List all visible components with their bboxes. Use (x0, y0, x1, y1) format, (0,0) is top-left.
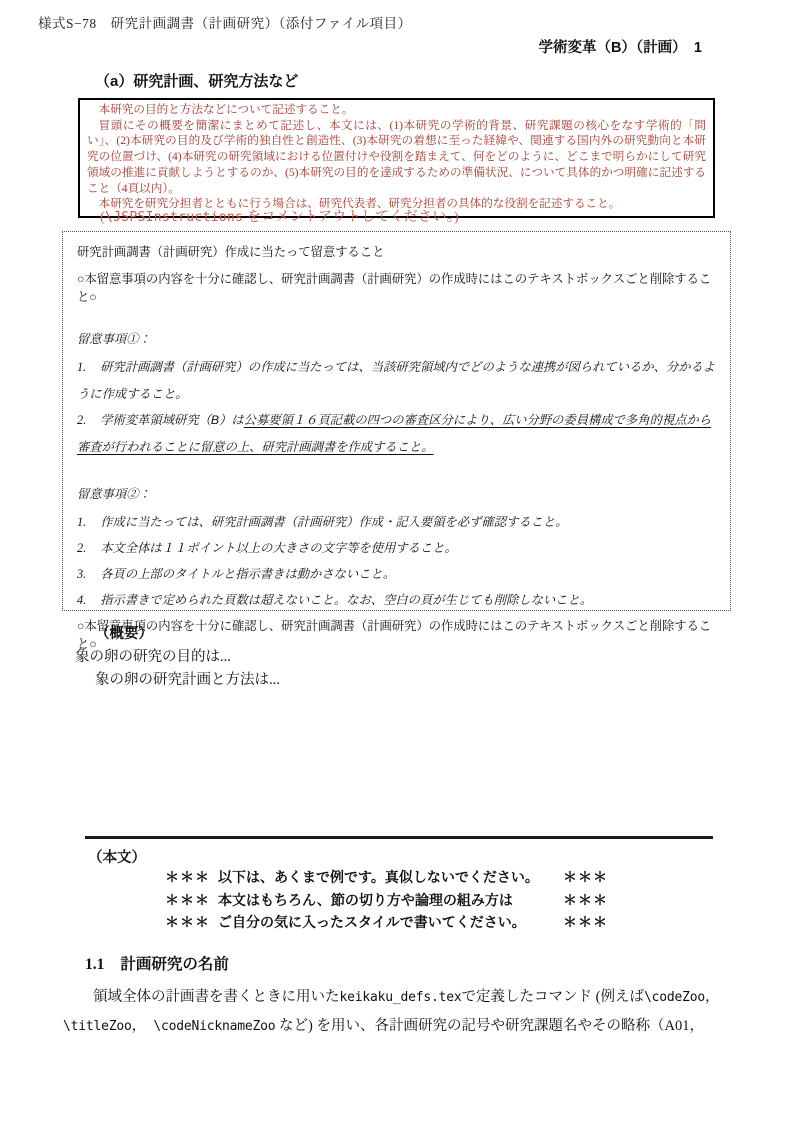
notes-group1-item1: 1.研究計画調書（計画研究）の作成に当たっては、当該研究領域内でどのような連携が… (77, 354, 716, 407)
body-paragraph: 領域全体の計画書を書くときに用いたkeikaku_defs.texで定義したコマ… (63, 983, 715, 1041)
notes-group1-label: 留意事項①： (77, 329, 716, 347)
notes-group2-item: 1.作成に当たっては、研究計画調書（計画研究）作成・記入要領を必ず確認すること。 (77, 509, 716, 535)
section-a-heading: （a）研究計画、研究方法など (95, 70, 298, 91)
latex-filename: keikaku_defs.tex (340, 990, 462, 1005)
latex-command: \codeNicknameZoo (153, 1019, 275, 1034)
instruction-paragraph: 本研究の目的と方法などについて記述すること。 (87, 102, 706, 118)
notes-group2-item: 2.本文全体は１１ポイント以上の大きさの文字等を使用すること。 (77, 535, 716, 561)
item-text: 本文全体は１１ポイント以上の大きさの文字等を使用すること。 (100, 541, 457, 555)
horizontal-rule (85, 836, 713, 839)
instruction-box: 本研究の目的と方法などについて記述すること。 冒頭にその概要を簡潔にまとめて記述… (78, 98, 715, 218)
notes-group2-label: 留意事項②： (77, 484, 716, 502)
body-text: 領域全体の計画書を書くときに用いた (93, 989, 340, 1005)
body-text: で定義したコマンド (例えば (462, 989, 644, 1005)
body-text: など) を用い、各計画研究の記号や研究課題名やその略称（A01， (275, 1018, 704, 1034)
subsection-number: 1.1 (85, 956, 120, 973)
body-text: ， (132, 1018, 154, 1034)
body-text: ， (705, 989, 720, 1005)
item-text: 研究計画調書（計画研究）の作成に当たっては、当該研究領域内でどのような連携が図ら… (77, 360, 715, 401)
subsection-title: 計画研究の名前 (120, 956, 229, 973)
item-number: 2. (77, 413, 100, 427)
subsection-heading: 1.1計画研究の名前 (85, 952, 229, 974)
item-number: 4. (77, 593, 100, 607)
directive-text: をコメントアウトしてください。) (243, 210, 459, 225)
item-number: 3. (77, 567, 100, 581)
stars-right: ＊＊＊ (563, 912, 616, 932)
notes-title: 研究計画調書（計画研究）作成に当たって留意すること (77, 242, 716, 260)
disclaimer-text: ご自分の気に入ったスタイルで書いてください。 (218, 912, 563, 932)
latex-command: \codeZoo (644, 990, 705, 1005)
disclaimer-row: ＊＊＊ ご自分の気に入ったスタイルで書いてください。 ＊＊＊ (165, 912, 616, 935)
disclaimer-row: ＊＊＊ 本文はもちろん、節の切り方や論理の組み方は ＊＊＊ (165, 890, 616, 913)
disclaimer-text: 本文はもちろん、節の切り方や論理の組み方は (218, 890, 563, 910)
body-line: 領域全体の計画書を書くときに用いたkeikaku_defs.texで定義したコマ… (63, 983, 715, 1012)
disclaimer-text: 以下は、あくまで例です。真似しないでください。 (218, 867, 563, 887)
item-text: 指示書きで定められた頁数は超えないこと。なお、空白の頁が生じても削除しないこと。 (100, 593, 592, 607)
notes-group2-item: 3.各頁の上部のタイトルと指示書きは動かさないこと。 (77, 561, 716, 587)
notes-group2-item: 4.指示書きで定められた頁数は超えないこと。なお、空白の頁が生じても削除しないこ… (77, 587, 716, 613)
document-page: 様式S−78 研究計画調書（計画研究）（添付ファイル項目） 学術変革（B）（計画… (0, 0, 794, 1123)
disclaimer-row: ＊＊＊ 以下は、あくまで例です。真似しないでください。 ＊＊＊ (165, 867, 616, 890)
item-text: 各頁の上部のタイトルと指示書きは動かさないこと。 (100, 567, 395, 581)
item-text: 作成に当たっては、研究計画調書（計画研究）作成・記入要領を必ず確認すること。 (100, 515, 567, 529)
item-number: 1. (77, 515, 100, 529)
stars-right: ＊＊＊ (563, 890, 616, 910)
page-header-right: 学術変革（B）（計画） 1 (538, 36, 702, 57)
body-line: \titleZoo， \codeNicknameZoo など) を用い、各計画研… (63, 1012, 715, 1041)
summary-line: 象の卵の研究の目的は... (75, 645, 231, 666)
summary-heading: （概要） (95, 622, 153, 643)
comment-directive: (\JSPSInstructions をコメントアウトしてください。) (100, 206, 459, 226)
notes-warning-top: ○本留意事項の内容を十分に確認し、研究計画調書（計画研究）の作成時にはこのテキス… (77, 269, 716, 305)
stars-right: ＊＊＊ (563, 867, 616, 887)
item-text: 学術変革領域研究（B）は (100, 413, 243, 427)
latex-command: \JSPSInstructions (105, 210, 243, 225)
notes-box: 研究計画調書（計画研究）作成に当たって留意すること ○本留意事項の内容を十分に確… (62, 231, 731, 611)
form-number-label: 様式S−78 研究計画調書（計画研究）（添付ファイル項目） (38, 12, 412, 32)
stars-left: ＊＊＊ (165, 890, 218, 910)
item-number: 2. (77, 541, 100, 555)
latex-command: \titleZoo (63, 1019, 132, 1034)
item-number: 1. (77, 360, 100, 374)
body-heading: （本文） (88, 846, 146, 867)
disclaimer-block: ＊＊＊ 以下は、あくまで例です。真似しないでください。 ＊＊＊ ＊＊＊ 本文はも… (165, 867, 616, 935)
instruction-paragraph: 冒頭にその概要を簡潔にまとめて記述し、本文には、(1)本研究の学術的背景、研究課… (87, 118, 706, 197)
notes-group1-item2: 2.学術変革領域研究（B）は公募要領１６頁記載の四つの審査区分により、広い分野の… (77, 407, 716, 460)
stars-left: ＊＊＊ (165, 867, 218, 887)
stars-left: ＊＊＊ (165, 912, 218, 932)
summary-line: 象の卵の研究計画と方法は... (95, 668, 280, 689)
